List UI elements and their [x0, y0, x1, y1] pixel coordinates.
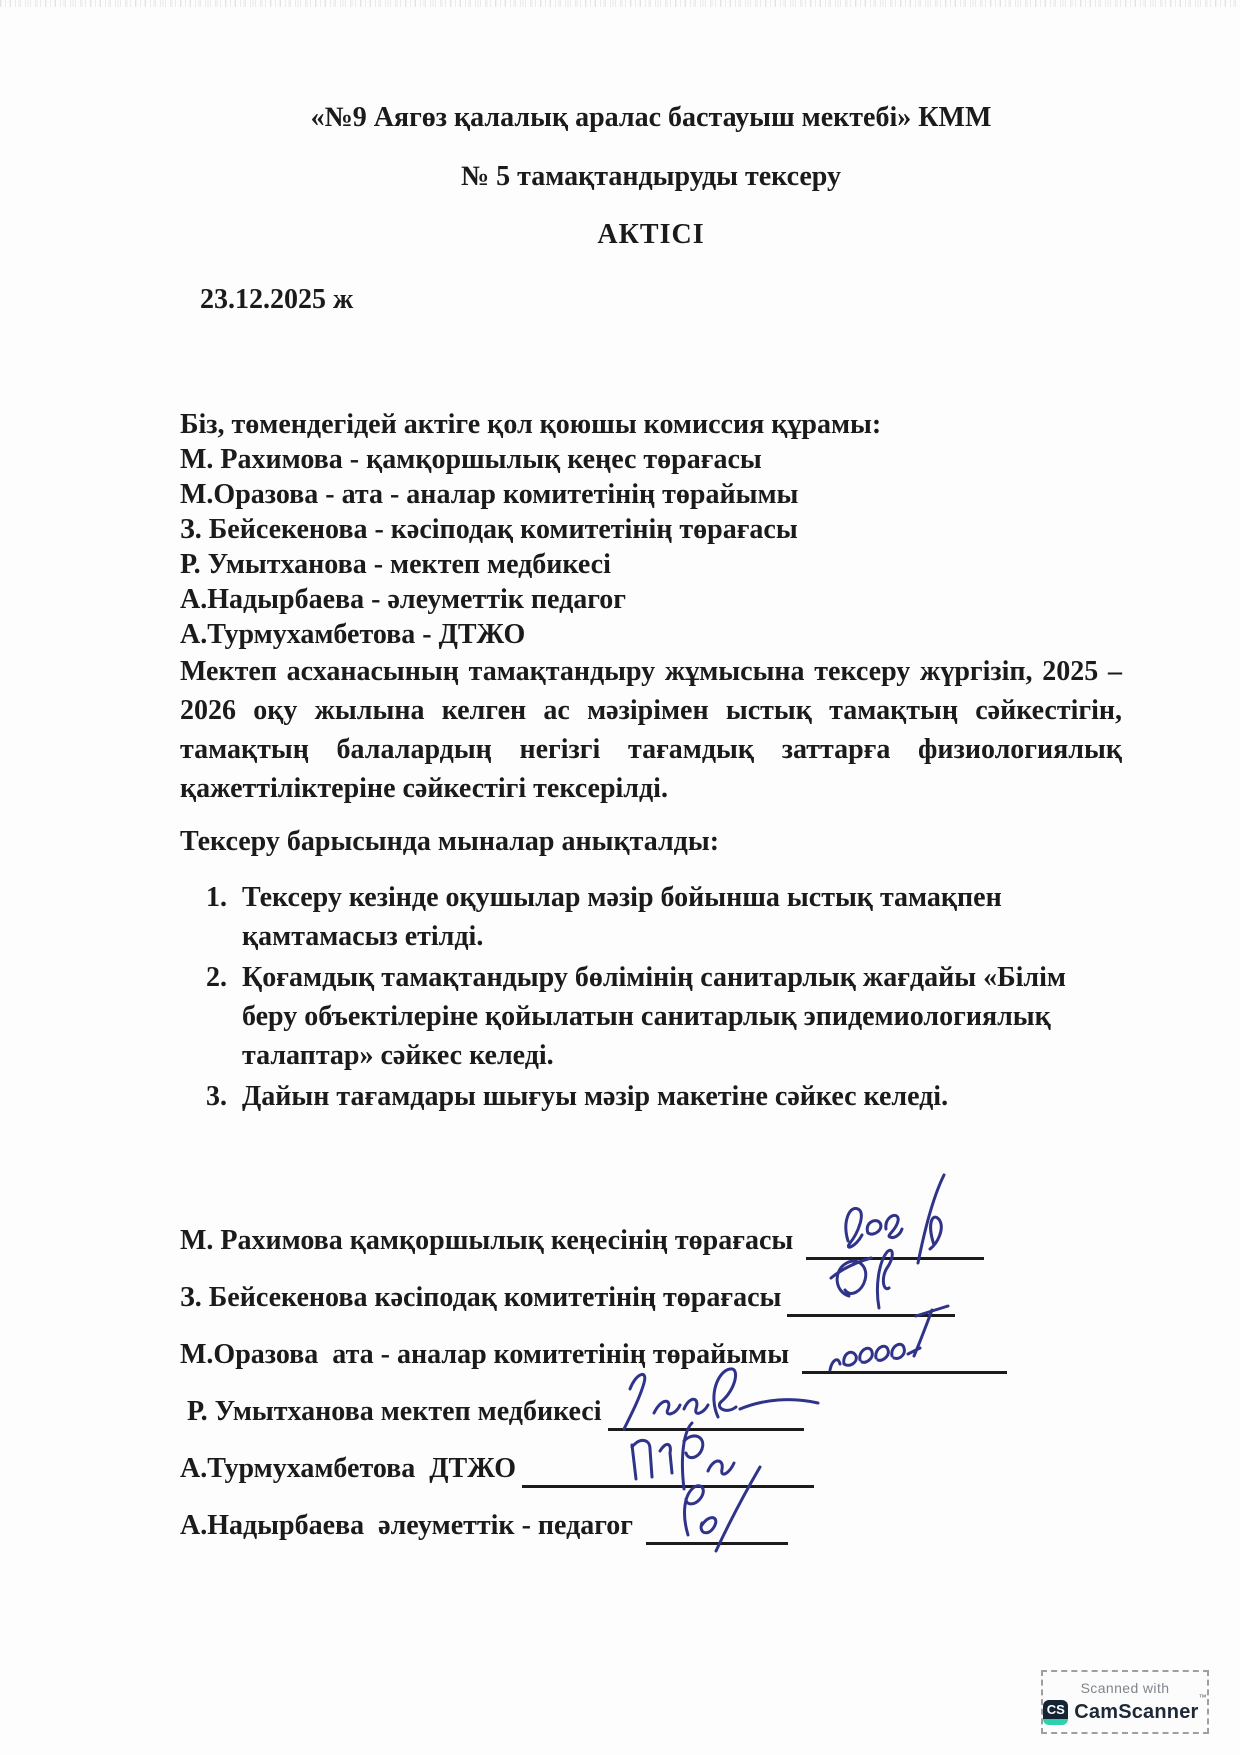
signature-line — [646, 1506, 788, 1545]
signature-row: А.Турмухамбетова ДТЖО — [180, 1448, 1122, 1488]
signature-label: М.Оразова ата - аналар комитетінің төрай… — [180, 1336, 796, 1374]
signature-line — [806, 1221, 984, 1260]
document-content: «№9 Аягөз қалалық аралас бастауыш мектеб… — [0, 0, 1240, 1545]
commission-member: А.Турмухамбетова - ДТЖО — [180, 617, 1122, 652]
finding-number: 3. — [206, 1077, 242, 1116]
signature-block: М. Рахимова қамқоршылық кеңесінің төраға… — [180, 1220, 1122, 1545]
signature-label: А.Турмухамбетова ДТЖО — [180, 1450, 516, 1488]
school-title: «№9 Аягөз қалалық аралас бастауыш мектеб… — [180, 0, 1122, 136]
signature-ink-icon — [834, 1171, 954, 1271]
trademark-symbol: ™ — [1199, 1693, 1207, 1702]
camscanner-brand-row: CS CamScanner™ — [1043, 1700, 1206, 1725]
signature-label: А.Надырбаева әлеуметтік - педагог — [180, 1507, 640, 1545]
signature-line — [522, 1449, 814, 1488]
commission-block: Біз, төмендегідей актіге қол қоюшы комис… — [180, 407, 1122, 808]
finding-number: 2. — [206, 958, 242, 1075]
act-title: АКТІСІ — [180, 217, 1122, 253]
signature-row: М. Рахимова қамқоршылық кеңесінің төраға… — [180, 1220, 1122, 1260]
camscanner-brand-text: CamScanner™ — [1074, 1701, 1206, 1724]
signature-label: Р. Умытханова мектеп медбикесі — [180, 1393, 602, 1431]
camscanner-logo-icon: CS — [1043, 1700, 1068, 1725]
commission-member: А.Надырбаева - әлеуметтік педагог — [180, 582, 1122, 617]
finding-item: 2. Қоғамдық тамақтандыру бөлімінің санит… — [206, 958, 1122, 1075]
commission-member: М.Оразова - ата - аналар комитетінің төр… — [180, 477, 1122, 512]
signature-line — [608, 1392, 804, 1431]
finding-item: 1. Тексеру кезінде оқушылар мәзір бойынш… — [206, 878, 1122, 956]
signature-row: З. Бейсекенова кәсіподақ комитетінің төр… — [180, 1277, 1122, 1317]
document-header: «№9 Аягөз қалалық аралас бастауыш мектеб… — [180, 0, 1122, 253]
document-subtitle: № 5 тамақтандыруды тексеру — [180, 159, 1122, 195]
signature-line — [802, 1335, 1007, 1374]
signature-line — [787, 1278, 955, 1317]
commission-member: М. Рахимова - қамқоршылық кеңес төрағасы — [180, 442, 1122, 477]
findings-list: 1. Тексеру кезінде оқушылар мәзір бойынш… — [180, 878, 1122, 1116]
signature-row: А.Надырбаева әлеуметтік - педагог — [180, 1505, 1122, 1545]
finding-number: 1. — [206, 878, 242, 956]
finding-text: Тексеру кезінде оқушылар мәзір бойынша ы… — [242, 878, 1122, 956]
camscanner-badge: Scanned with CS CamScanner™ — [1041, 1670, 1209, 1734]
scan-edge-noise — [0, 0, 1240, 7]
scanned-document-page: «№9 Аягөз қалалық аралас бастауыш мектеб… — [0, 0, 1240, 1755]
commission-member: Р. Умытханова - мектеп медбикесі — [180, 547, 1122, 582]
scanned-with-text: Scanned with — [1081, 1680, 1170, 1696]
finding-text: Дайын тағамдары шығуы мәзір макетіне сәй… — [242, 1077, 1122, 1116]
commission-member: З. Бейсекенова - кәсіподақ комитетінің т… — [180, 512, 1122, 547]
brand-name: CamScanner — [1074, 1701, 1198, 1723]
finding-text: Қоғамдық тамақтандыру бөлімінің санитарл… — [242, 958, 1122, 1075]
finding-item: 3. Дайын тағамдары шығуы мәзір макетіне … — [206, 1077, 1122, 1116]
inspection-paragraph: Мектеп асханасының тамақтандыру жұмысына… — [180, 652, 1122, 808]
findings-heading: Тексеру барысында мыналар анықталды: — [180, 822, 1122, 861]
signature-label: З. Бейсекенова кәсіподақ комитетінің төр… — [180, 1279, 781, 1317]
signature-row: Р. Умытханова мектеп медбикесі — [180, 1391, 1122, 1431]
signature-row: М.Оразова ата - аналар комитетінің төрай… — [180, 1334, 1122, 1374]
date-text: 23.12.2025 ж — [200, 283, 1122, 317]
commission-intro: Біз, төмендегідей актіге қол қоюшы комис… — [180, 407, 1122, 442]
signature-label: М. Рахимова қамқоршылық кеңесінің төраға… — [180, 1222, 800, 1260]
